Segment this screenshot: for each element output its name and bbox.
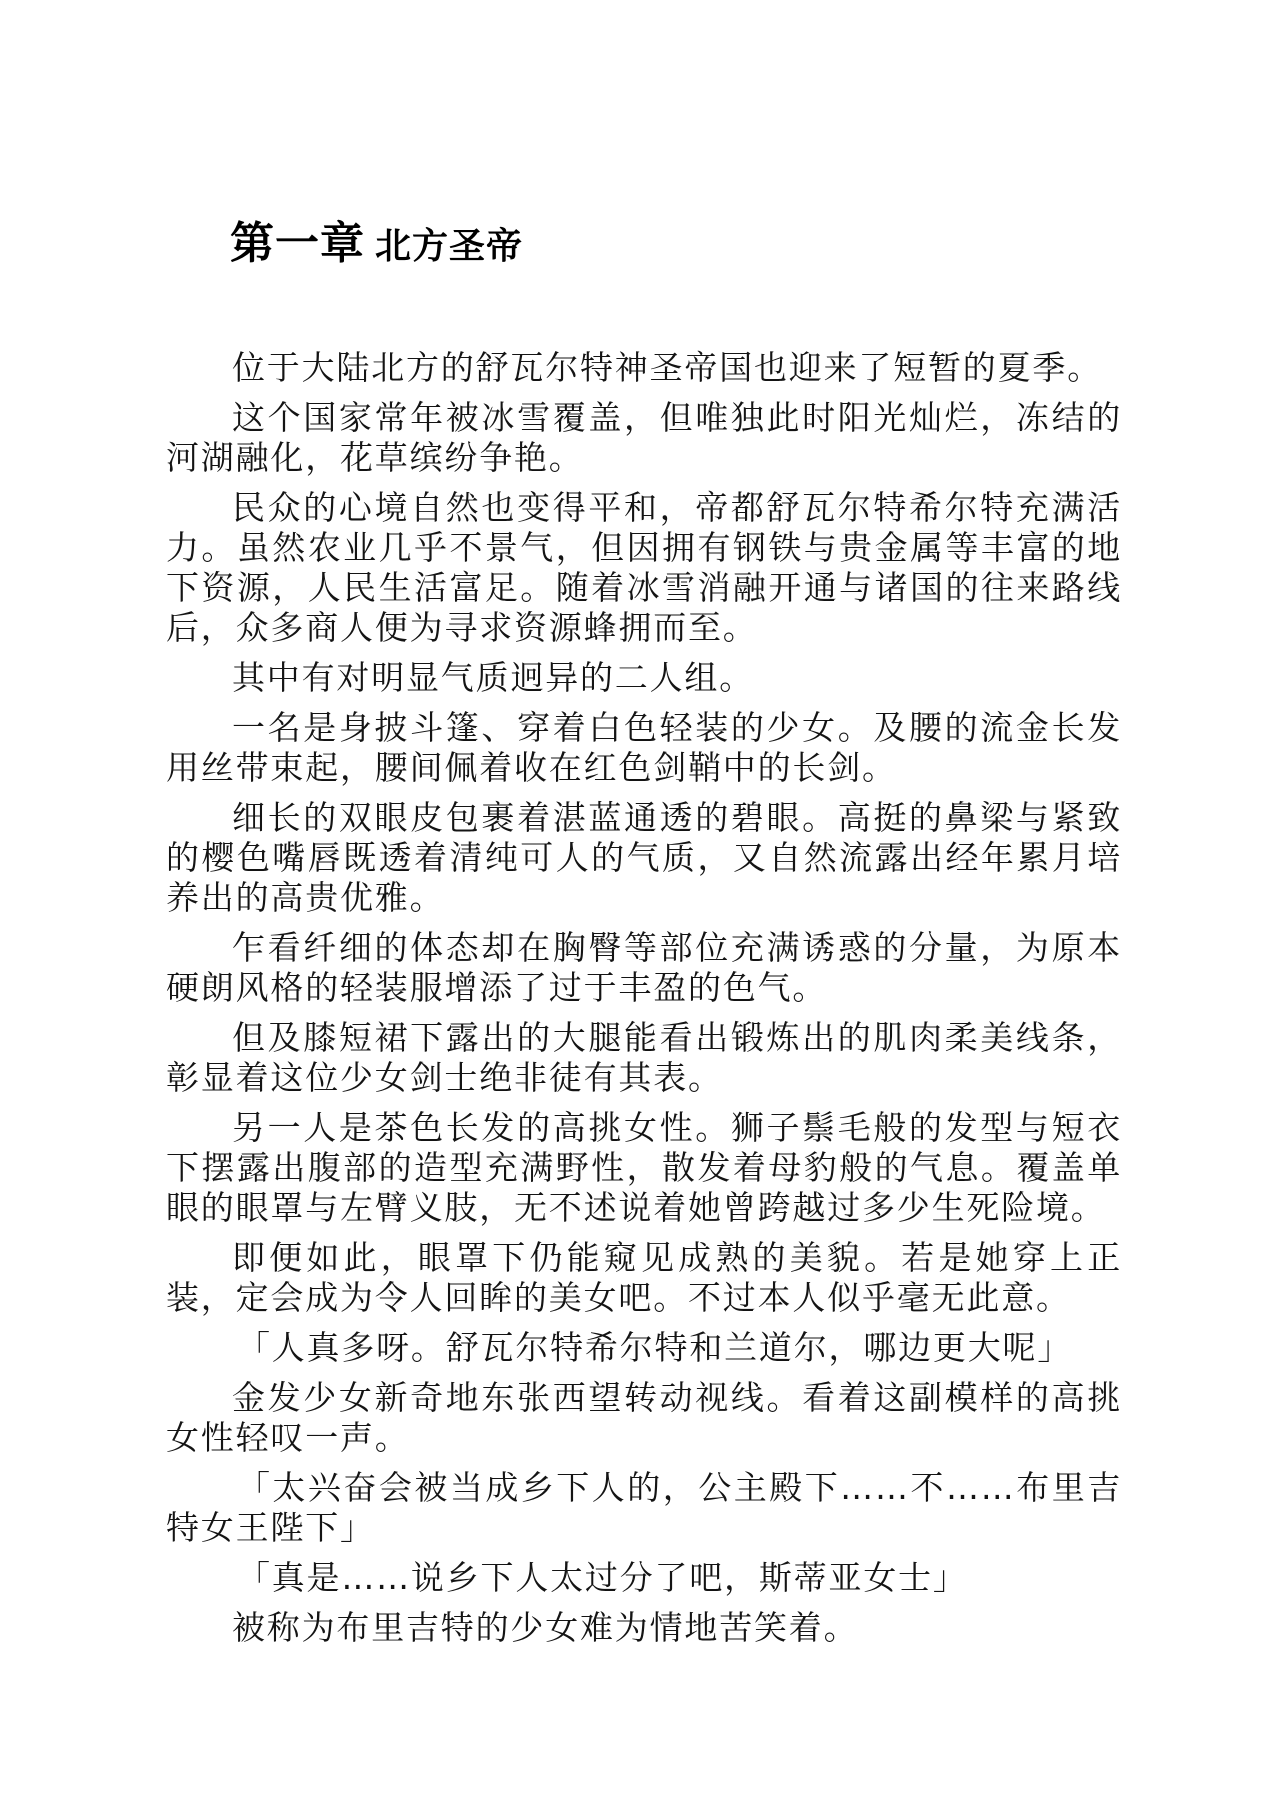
chapter-heading: 第一章北方圣帝 — [230, 222, 523, 266]
dialogue-line: 「太兴奋会被当成乡下人的，公主殿下……不……布里吉特女王陛下」 — [166, 1468, 1122, 1548]
paragraph: 一名是身披斗篷、穿着白色轻装的少女。及腰的流金长发用丝带束起，腰间佩着收在红色剑… — [166, 708, 1122, 788]
dialogue-line: 「真是……说乡下人太过分了吧，斯蒂亚女士」 — [166, 1558, 1122, 1598]
chapter-number: 第一章 — [230, 218, 365, 269]
paragraph: 但及膝短裙下露出的大腿能看出锻炼出的肌肉柔美线条，彰显着这位少女剑士绝非徒有其表… — [166, 1018, 1122, 1098]
chapter-title: 北方圣帝 — [375, 226, 523, 267]
paragraph: 金发少女新奇地东张西望转动视线。看着这副模样的高挑女性轻叹一声。 — [166, 1378, 1122, 1458]
book-page: 第一章北方圣帝 位于大陆北方的舒瓦尔特神圣帝国也迎来了短暂的夏季。 这个国家常年… — [0, 0, 1280, 1809]
paragraph: 乍看纤细的体态却在胸臀等部位充满诱惑的分量，为原本硬朗风格的轻装服增添了过于丰盈… — [166, 928, 1122, 1008]
paragraph: 这个国家常年被冰雪覆盖，但唯独此时阳光灿烂，冻结的河湖融化，花草缤纷争艳。 — [166, 398, 1122, 478]
paragraph: 被称为布里吉特的少女难为情地苦笑着。 — [166, 1608, 1122, 1648]
paragraph: 位于大陆北方的舒瓦尔特神圣帝国也迎来了短暂的夏季。 — [166, 348, 1122, 388]
paragraph: 另一人是茶色长发的高挑女性。狮子鬃毛般的发型与短衣下摆露出腹部的造型充满野性，散… — [166, 1108, 1122, 1228]
paragraph: 其中有对明显气质迥异的二人组。 — [166, 658, 1122, 698]
paragraph: 民众的心境自然也变得平和，帝都舒瓦尔特希尔特充满活力。虽然农业几乎不景气，但因拥… — [166, 488, 1122, 648]
paragraph: 即便如此，眼罩下仍能窥见成熟的美貌。若是她穿上正装，定会成为令人回眸的美女吧。不… — [166, 1238, 1122, 1318]
paragraph: 细长的双眼皮包裹着湛蓝通透的碧眼。高挺的鼻梁与紧致的樱色嘴唇既透着清纯可人的气质… — [166, 798, 1122, 918]
dialogue-line: 「人真多呀。舒瓦尔特希尔特和兰道尔，哪边更大呢」 — [166, 1328, 1122, 1368]
chapter-body: 位于大陆北方的舒瓦尔特神圣帝国也迎来了短暂的夏季。 这个国家常年被冰雪覆盖，但唯… — [166, 348, 1122, 1658]
